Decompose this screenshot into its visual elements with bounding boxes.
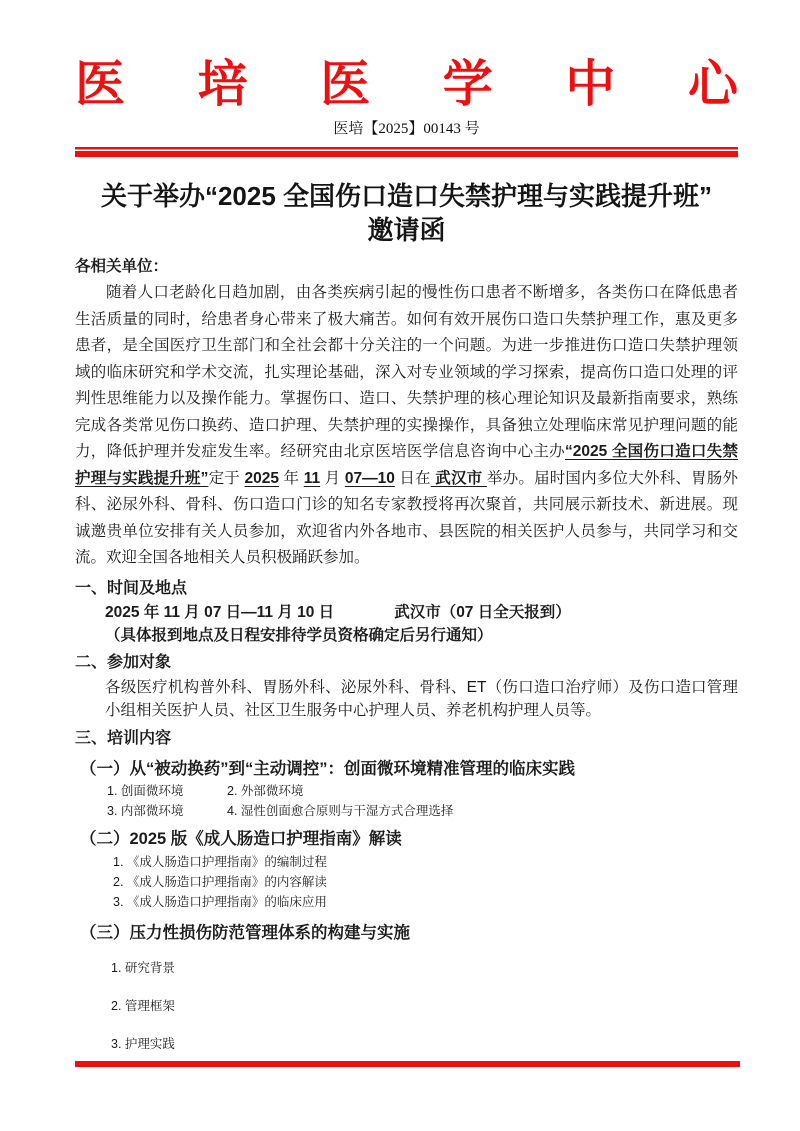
part1-items-row1: 1. 创面微环境 2. 外部微环境 <box>107 783 738 800</box>
org-name-char: 医 <box>320 58 370 110</box>
part2-item: 2. 《成人肠造口护理指南》的内容解读 <box>113 872 738 892</box>
training-part2-heading: （二）2025 版《成人肠造口护理指南》解读 <box>80 828 738 850</box>
invitation-title-line1: 关于举办“2025 全国伤口造口失禁护理与实践提升班” <box>75 179 738 213</box>
org-name-char: 中 <box>565 58 615 110</box>
event-days: 07—10 <box>345 470 395 487</box>
salutation: 各相关单位： <box>75 257 738 277</box>
time-venue-line: 2025 年 11 月 07 日—11 月 10 日武汉市（07 日全天报到） <box>105 602 738 623</box>
org-name-char: 培 <box>198 58 248 110</box>
invitation-title: 关于举办“2025 全国伤口造口失禁护理与实践提升班” 邀请函 <box>75 179 738 247</box>
intro-text-2: 定于 <box>208 470 244 487</box>
event-month: 11 <box>304 470 320 487</box>
training-part3-heading: （三）压力性损伤防范管理体系的构建与实施 <box>80 922 738 944</box>
invitation-title-line2: 邀请函 <box>75 213 738 247</box>
intro-text-3: 年 <box>279 470 304 487</box>
section-participants-body: 各级医疗机构普外科、胃肠外科、泌尿外科、骨科、ET（伤口造口治疗师）及伤口造口管… <box>105 676 738 722</box>
registration-note: （具体报到地点及日程安排待学员资格确定后另行通知） <box>105 625 738 646</box>
part2-item: 1. 《成人肠造口护理指南》的编制过程 <box>113 852 738 872</box>
intro-text-4: 月 <box>320 470 345 487</box>
org-name-char: 学 <box>443 58 493 110</box>
part2-item: 3. 《成人肠造口护理指南》的临床应用 <box>113 892 738 912</box>
part1-item: 3. 内部微环境 <box>107 803 227 820</box>
event-venue-text: 武汉市（07 日全天报到） <box>394 604 571 621</box>
training-part1-heading: （一）从“被动换药”到“主动调控”：创面微环境精准管理的临床实践 <box>80 758 738 780</box>
document-content: 医 培 医 学 中 心 医培【2025】00143 号 关于举办“2025 全国… <box>0 0 800 1052</box>
part1-item: 2. 外部微环境 <box>227 783 303 800</box>
footer-rule <box>75 1061 740 1067</box>
document-page: 医 培 医 学 中 心 医培【2025】00143 号 关于举办“2025 全国… <box>0 0 800 1131</box>
section-participants-heading: 二、参加对象 <box>75 652 738 674</box>
org-name-char: 医 <box>75 58 125 110</box>
part1-items-row2: 3. 内部微环境 4. 湿性创面愈合原则与干湿方式合理选择 <box>107 803 738 820</box>
event-date-text: 2025 年 11 月 07 日—11 月 10 日 <box>105 604 334 621</box>
intro-text-1: 随着人口老龄化日趋加剧，由各类疾病引起的慢性伤口患者不断增多，各类伤口在降低患者… <box>75 284 738 460</box>
part1-item: 4. 湿性创面愈合原则与干湿方式合理选择 <box>227 803 453 820</box>
part3-items: 1. 研究背景 2. 管理框架 3. 护理实践 <box>111 960 738 1052</box>
event-year: 2025 <box>245 470 279 487</box>
part3-item: 3. 护理实践 <box>111 1036 738 1052</box>
intro-paragraph: 随着人口老龄化日趋加剧，由各类疾病引起的慢性伤口患者不断增多，各类伤口在降低患者… <box>75 280 738 572</box>
doc-number: 医培【2025】00143 号 <box>75 120 738 138</box>
event-city: 武汉市 <box>431 470 487 487</box>
part3-item: 1. 研究背景 <box>111 960 738 976</box>
section-time-heading: 一、时间及地点 <box>75 578 738 600</box>
section-training-heading: 三、培训内容 <box>75 728 738 750</box>
org-name-char: 心 <box>688 58 738 110</box>
part2-items: 1. 《成人肠造口护理指南》的编制过程 2. 《成人肠造口护理指南》的内容解读 … <box>113 852 738 912</box>
intro-text-5: 日在 <box>395 470 431 487</box>
letterhead-org-name: 医 培 医 学 中 心 <box>75 0 738 110</box>
part3-item: 2. 管理框架 <box>111 998 738 1014</box>
part1-item: 1. 创面微环境 <box>107 783 227 800</box>
letterhead-rule <box>75 147 738 157</box>
